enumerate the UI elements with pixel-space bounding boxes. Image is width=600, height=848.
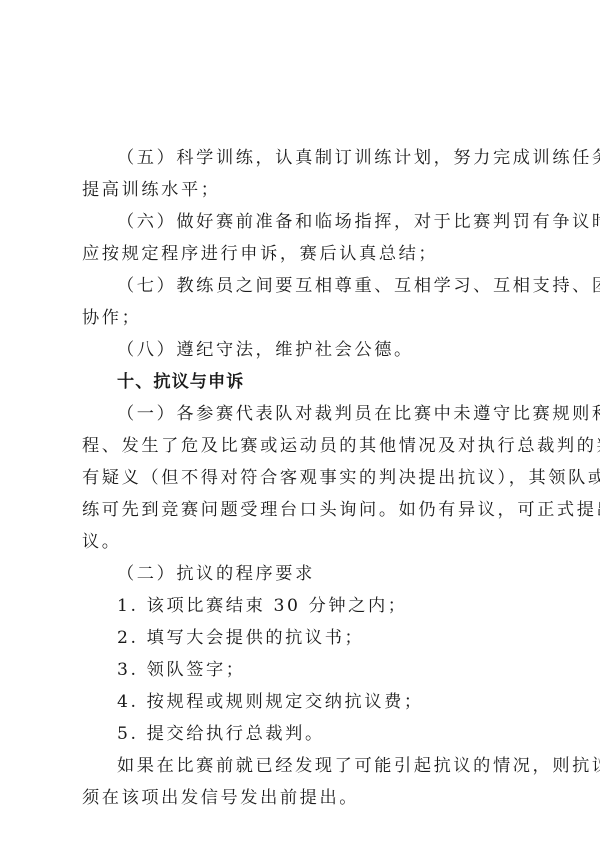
procedure-step-5: 5. 提交给执行总裁判。 xyxy=(117,724,325,744)
section-heading: 十、抗议与申诉 xyxy=(117,372,244,392)
protest-para-1-line-2: 程、发生了危及比赛或运动员的其他情况及对执行总裁判的判决 xyxy=(82,436,600,456)
paragraph-item-6-line-2: 应按规定程序进行申诉，赛后认真总结； xyxy=(82,244,438,264)
paragraph-item-7-line-2: 协作； xyxy=(82,308,141,328)
procedure-step-2: 2. 填写大会提供的抗议书； xyxy=(117,628,364,648)
paragraph-item-7-line-1: （七）教练员之间要互相尊重、互相学习、互相支持、团作 xyxy=(117,276,600,296)
paragraph-item-6-line-1: （六）做好赛前准备和临场指挥，对于比赛判罚有争议时， xyxy=(117,212,600,232)
procedure-step-1: 1. 该项比赛结束 30 分钟之内； xyxy=(117,596,408,616)
closing-para-line-1: 如果在比赛前就已经发现了可能引起抗议的情况，则抗议必 xyxy=(117,756,600,776)
document-page: （五）科学训练，认真制订训练计划，努力完成训练任务， 提高训练水平； （六）做好… xyxy=(0,0,600,848)
protest-procedure-title: （二）抗议的程序要求 xyxy=(117,564,315,584)
protest-para-1-line-4: 练可先到竞赛问题受理台口头询问。如仍有异议，可正式提出抗 xyxy=(82,500,600,520)
paragraph-item-8: （八）遵纪守法，维护社会公德。 xyxy=(117,340,414,360)
paragraph-item-5-line-1: （五）科学训练，认真制订训练计划，努力完成训练任务， xyxy=(117,148,600,168)
protest-para-1-line-3: 有疑义（但不得对符合客观事实的判决提出抗议），其领队或教 xyxy=(82,468,600,488)
closing-para-line-2: 须在该项出发信号发出前提出。 xyxy=(82,788,359,808)
protest-para-1-line-5: 议。 xyxy=(82,532,122,552)
paragraph-item-5-line-2: 提高训练水平； xyxy=(82,180,221,200)
procedure-step-3: 3. 领队签字； xyxy=(117,660,246,680)
protest-para-1-line-1: （一）各参赛代表队对裁判员在比赛中未遵守比赛规则和规 xyxy=(117,404,600,424)
procedure-step-4: 4. 按规程或规则规定交纳抗议费； xyxy=(117,692,424,712)
